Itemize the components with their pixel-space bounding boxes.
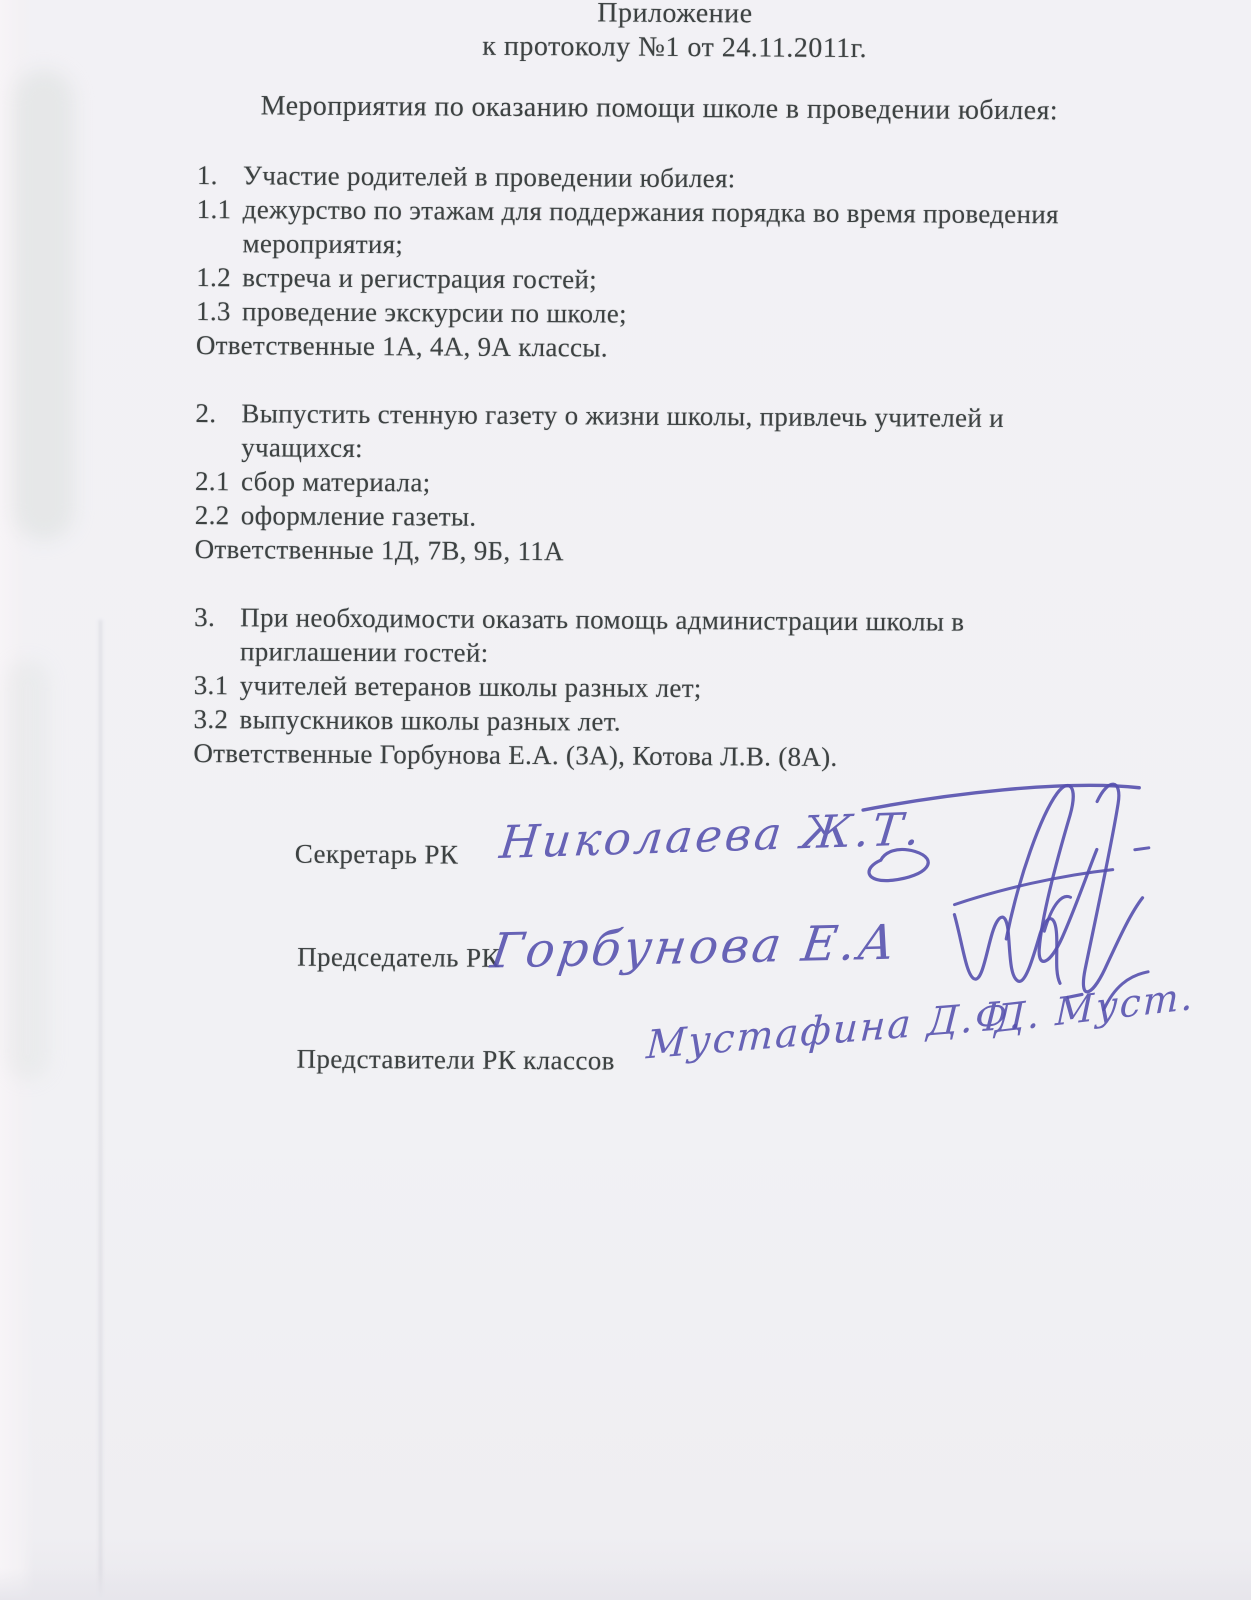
item-text: выпускников школы разных лет. xyxy=(240,704,621,736)
list-item: 2.1сбор материала; xyxy=(195,464,1095,503)
title-line-2: к протоколу №1 от 24.11.2011г. xyxy=(200,28,1150,68)
list-item: 1.3проведение экскурсии по школе; xyxy=(196,294,1136,334)
scanned-document-page: Приложение к протоколу №1 от 24.11.2011г… xyxy=(0,0,1251,1600)
list-item: 1.1дежурство по этажам для поддержания п… xyxy=(196,192,1136,266)
item-text: проведение экскурсии по школе; xyxy=(242,296,627,328)
list-item: 1.2встреча и регистрация гостей; xyxy=(196,260,1136,300)
document-content: Приложение к протоколу №1 от 24.11.2011г… xyxy=(0,0,1251,1600)
item-number: 1.1 xyxy=(197,192,243,226)
section-number: 2. xyxy=(195,396,241,430)
list-item: 3.2выпускников школы разных лет. xyxy=(194,702,1039,741)
section-2-title-row: 2.Выпустить стенную газету о жизни школы… xyxy=(195,396,1095,469)
item-number: 3.2 xyxy=(194,702,240,736)
list-item: 3.1учителей ветеранов школы разных лет; xyxy=(194,668,1039,707)
item-text: оформление газеты. xyxy=(241,500,477,531)
section-title: Выпустить стенную газету о жизни школы, … xyxy=(241,398,1004,463)
signature-label-chairman: Председатель РК xyxy=(297,942,500,974)
list-item: 2.2оформление газеты. xyxy=(195,498,1095,537)
item-number: 1.3 xyxy=(196,294,242,328)
item-number: 2.2 xyxy=(195,498,241,532)
section-3-title-row: 3.При необходимости оказать помощь админ… xyxy=(194,600,1039,673)
signature-flourish-accent xyxy=(1100,970,1152,1014)
item-text: учителей ветеранов школы разных лет; xyxy=(240,670,702,703)
responsible-line: Ответственные 1А, 4А, 9А классы. xyxy=(196,328,1136,368)
document-heading: Мероприятия по оказанию помощи школе в п… xyxy=(179,88,1139,130)
item-text: сбор материала; xyxy=(241,466,431,497)
handwritten-name-chairman: Горбунова Е.А xyxy=(487,915,901,980)
section-3: 3.При необходимости оказать помощь админ… xyxy=(193,600,1039,775)
item-number: 1.2 xyxy=(196,260,242,294)
item-number: 3.1 xyxy=(194,668,240,702)
section-number: 3. xyxy=(194,600,240,634)
section-title: Участие родителей в проведении юбилея: xyxy=(243,160,736,193)
section-2: 2.Выпустить стенную газету о жизни школы… xyxy=(195,396,1096,571)
section-title: При необходимости оказать помощь админис… xyxy=(240,602,965,668)
section-number: 1. xyxy=(197,158,243,192)
signature-label-representatives: Представители РК классов xyxy=(296,1044,614,1077)
document-title-block: Приложение к протоколу №1 от 24.11.2011г… xyxy=(200,0,1150,68)
responsible-line: Ответственные 1Д, 7В, 9Б, 11А xyxy=(195,532,1095,571)
item-text: встреча и регистрация гостей; xyxy=(242,262,597,294)
item-number: 2.1 xyxy=(195,464,241,498)
section-1-title-row: 1.Участие родителей в проведении юбилея: xyxy=(197,158,1137,198)
item-text: дежурство по этажам для поддержания поря… xyxy=(242,194,1058,259)
section-1: 1.Участие родителей в проведении юбилея:… xyxy=(196,158,1137,368)
signature-label-secretary: Секретарь РК xyxy=(295,839,459,871)
handwritten-name-representatives: Мустафина Д.Ф. xyxy=(645,992,1025,1068)
